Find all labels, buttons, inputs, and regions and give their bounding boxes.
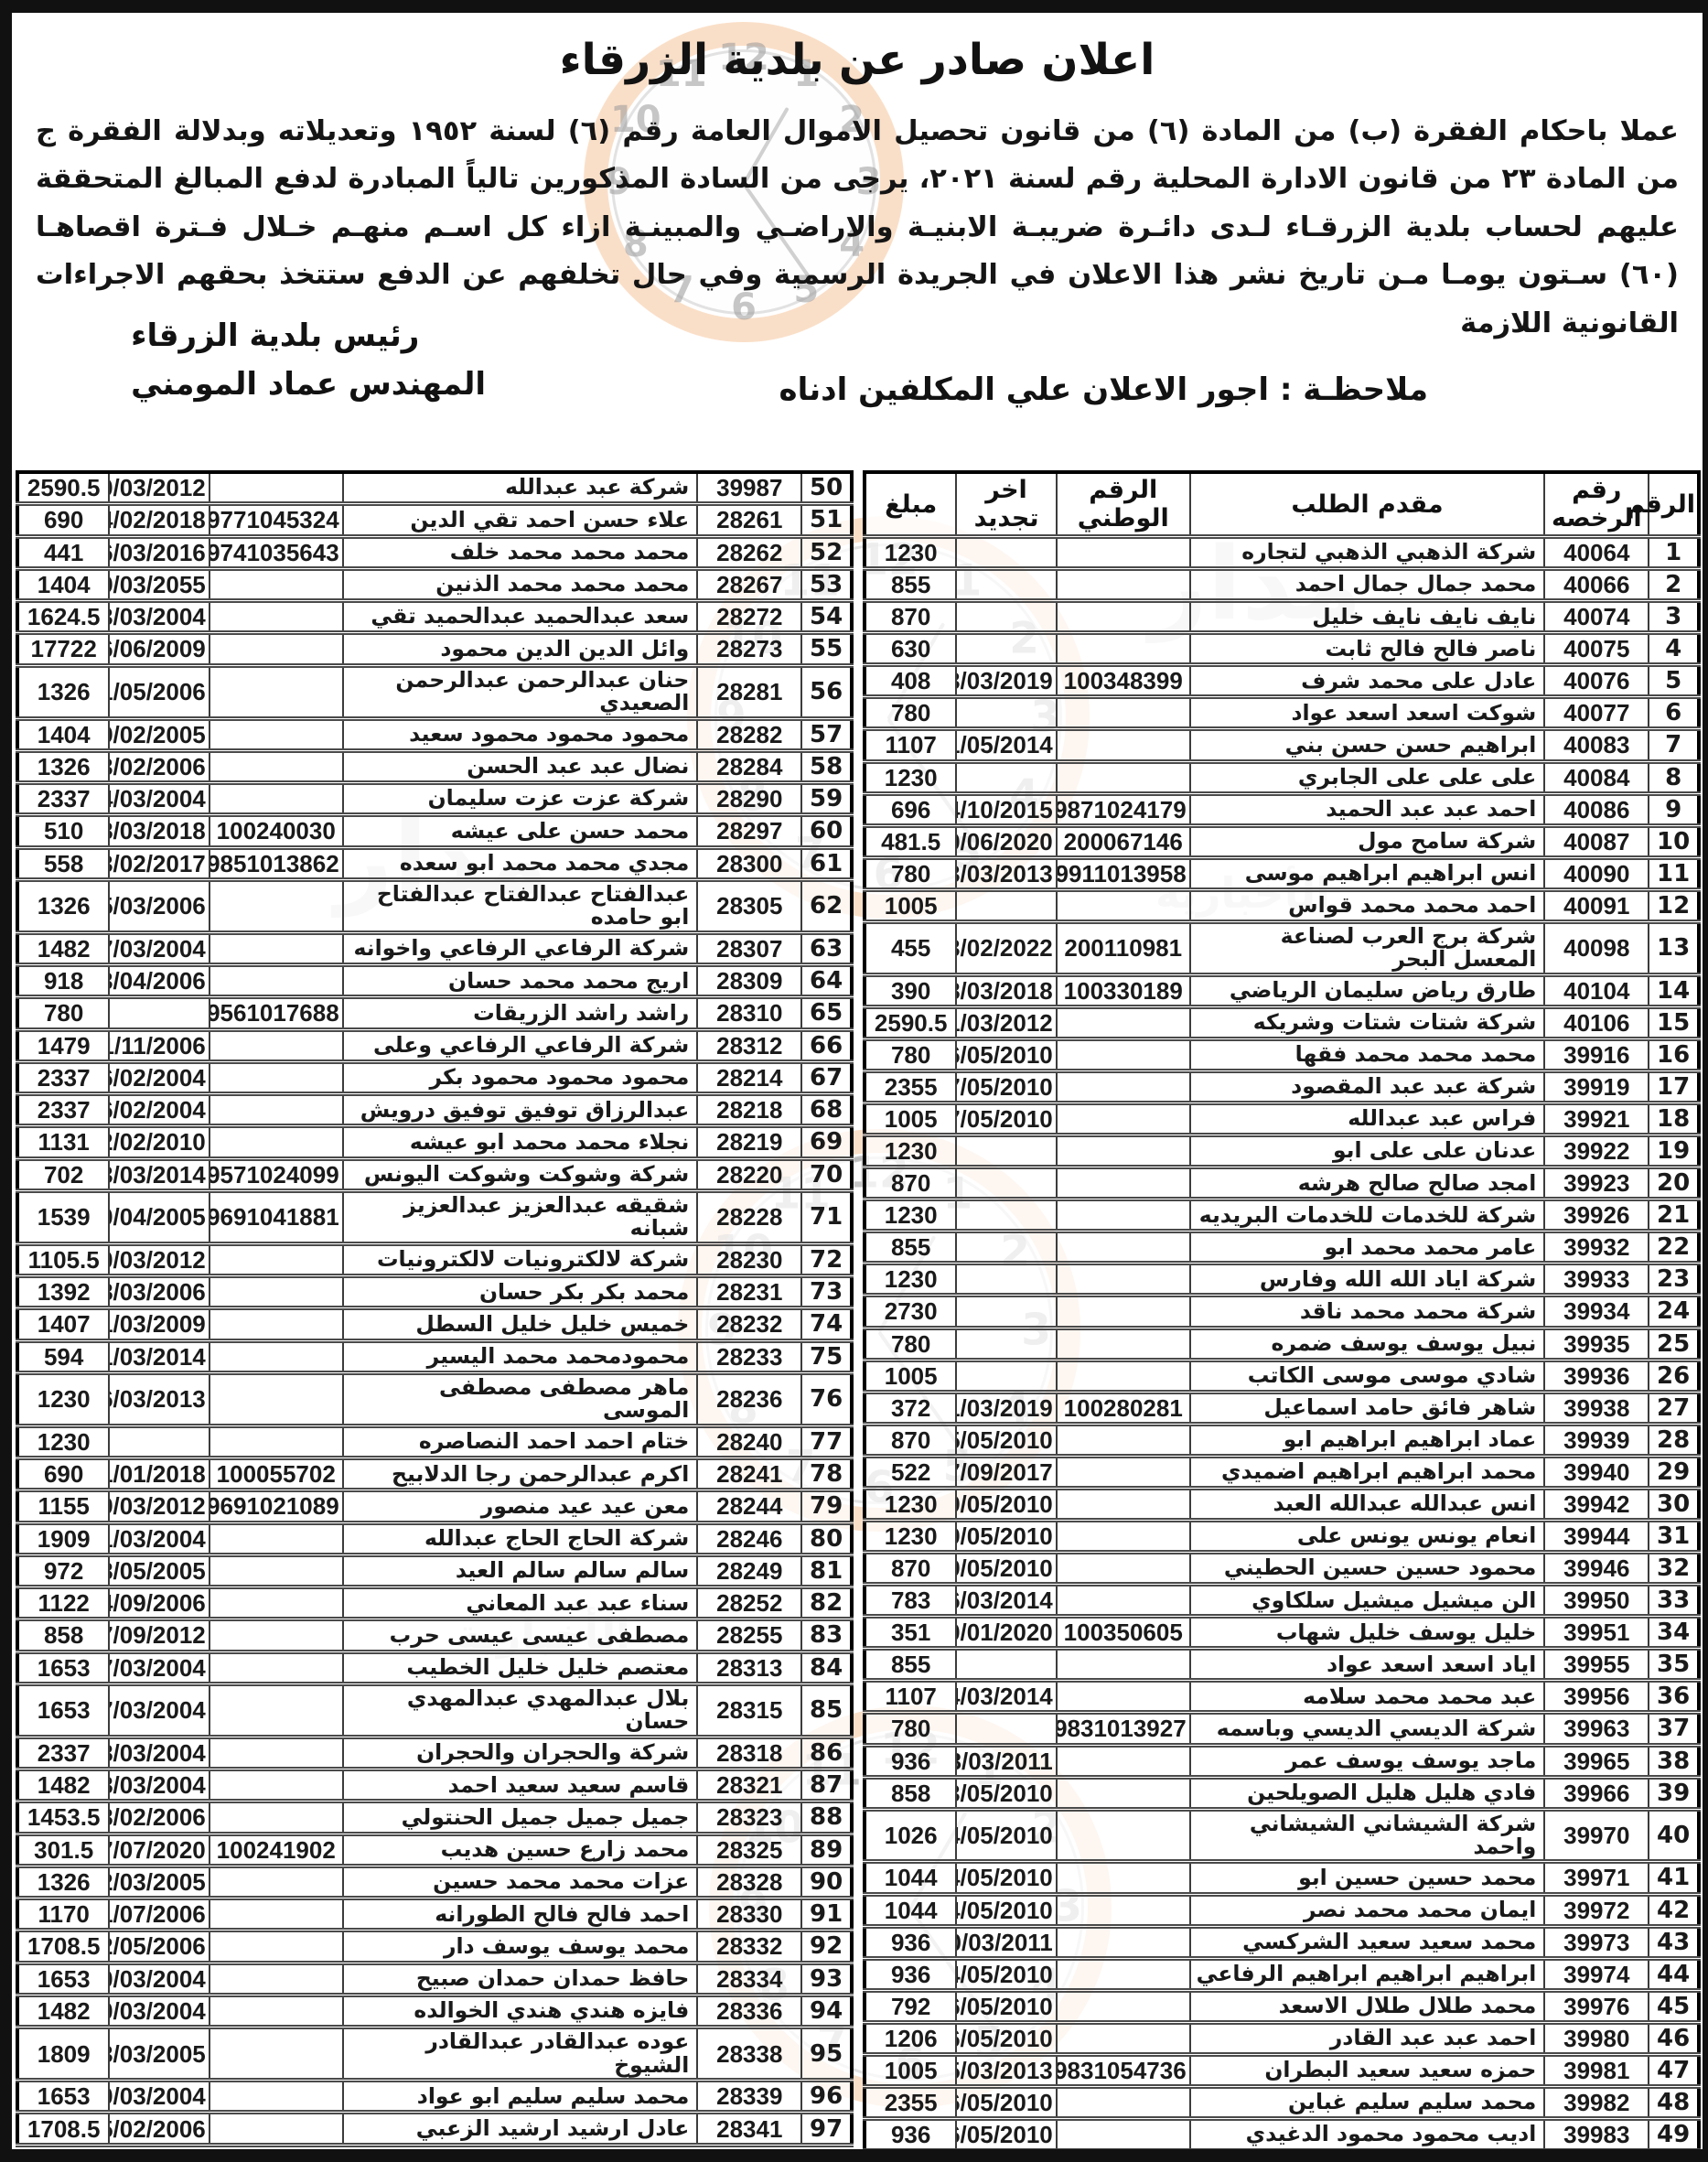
- cell-amount: 2730: [865, 1296, 956, 1328]
- cell-national-id: [1057, 1553, 1190, 1585]
- cell-license: 28315: [697, 1683, 801, 1737]
- mayor-signature: رئيس بلدية الزرقاء المهندس عماد المومني: [131, 312, 486, 408]
- cell-last-renewal: 07/07/2020: [109, 1834, 209, 1866]
- cell-last-renewal: 17/05/2010: [956, 1070, 1056, 1103]
- cell-national-id: 100348399: [1057, 665, 1190, 697]
- table-row: 7628236ماهر مصطفى مصطفى الموسى06/03/2013…: [17, 1372, 852, 1425]
- table-row: 1939922عدنان على على ابو1230: [865, 1135, 1699, 1167]
- cell-index: 52: [801, 536, 852, 568]
- cell-applicant: نضال عبد عبد الحسن: [343, 750, 698, 782]
- cell-applicant: خميس خليل خليل السطل: [343, 1308, 698, 1340]
- cell-last-renewal: [956, 601, 1056, 633]
- cell-index: 74: [801, 1308, 852, 1340]
- cell-amount: 372: [865, 1392, 956, 1424]
- cell-license: 39939: [1544, 1424, 1649, 1456]
- cell-amount: 690: [17, 504, 109, 536]
- cell-applicant: عادل ارشيد ارشيد الزعبي: [343, 2113, 698, 2146]
- cell-last-renewal: 30/03/2011: [956, 1926, 1056, 1958]
- cell-amount: 1230: [865, 1264, 956, 1296]
- cell-license: 39956: [1544, 1681, 1649, 1713]
- cell-national-id: [209, 1931, 343, 1963]
- cell-license: 39936: [1544, 1360, 1649, 1392]
- cell-license: 40106: [1544, 1006, 1649, 1038]
- cell-national-id: [209, 1243, 343, 1275]
- cell-amount: 1230: [865, 1199, 956, 1232]
- cell-national-id: [209, 568, 343, 600]
- cell-amount: 441: [17, 536, 109, 568]
- table-row: 8828323جميل جميل جميل الحنتولي18/02/2006…: [17, 1802, 852, 1834]
- table-row: 9528338عوده عبدالقادر عبدالقادر الشيوخ23…: [17, 2028, 852, 2081]
- cell-applicant: امجد صالح صالح هرشه: [1190, 1167, 1545, 1199]
- cell-national-id: [1057, 2022, 1190, 2054]
- table-row: 1839921فراس عبد عبدالله17/05/20101005: [865, 1103, 1699, 1135]
- cell-national-id: 9911013958: [1057, 857, 1190, 889]
- table-row: 2939940محمد ابراهيم ابراهيم اضميدي27/09/…: [865, 1456, 1699, 1488]
- cell-last-renewal: 08/03/2004: [109, 1769, 209, 1802]
- cell-national-id: [1057, 1649, 1190, 1681]
- cell-applicant: اياد اسعد اسعد عواد: [1190, 1649, 1545, 1681]
- cell-license: 28272: [697, 601, 801, 633]
- cell-amount: 1122: [17, 1587, 109, 1619]
- cell-applicant: حمزه سعيد سعيد البطران: [1190, 2054, 1545, 2086]
- cell-national-id: [209, 1737, 343, 1769]
- cell-national-id: [209, 1094, 343, 1126]
- cell-license: 39973: [1544, 1926, 1649, 1958]
- table-row: 6328307شركة الرفاعي الرفاعي واخوانه07/03…: [17, 932, 852, 964]
- cell-last-renewal: 26/05/2010: [956, 2087, 1056, 2119]
- cell-national-id: [209, 1619, 343, 1651]
- table-row: 6128300مجدي محمد محمد ابو سعده9851013862…: [17, 847, 852, 879]
- cell-index: 19: [1649, 1135, 1699, 1167]
- cell-license: 39980: [1544, 2022, 1649, 2054]
- cell-index: 14: [1649, 974, 1699, 1006]
- cell-last-renewal: 14/10/2015: [956, 793, 1056, 825]
- cell-index: 77: [801, 1425, 852, 1457]
- cell-applicant: محمد محمد محمد خلف: [343, 536, 698, 568]
- cell-national-id: [209, 1425, 343, 1457]
- cell-applicant: شركة الذهبي الذهبي لتجاره: [1190, 537, 1545, 569]
- cell-last-renewal: 14/02/2018: [109, 504, 209, 536]
- cell-amount: 1404: [17, 718, 109, 750]
- cell-index: 90: [801, 1866, 852, 1898]
- cell-last-renewal: [956, 1264, 1056, 1296]
- cell-last-renewal: 28/03/2006: [109, 1276, 209, 1308]
- cell-national-id: [1057, 569, 1190, 601]
- cell-index: 93: [801, 1963, 852, 1995]
- cell-index: 11: [1649, 857, 1699, 889]
- cell-index: 41: [1649, 1862, 1699, 1894]
- cell-license: 39940: [1544, 1456, 1649, 1488]
- cell-national-id: [209, 1963, 343, 1995]
- header-national-id: الرقم الوطني: [1057, 472, 1190, 537]
- cell-applicant: شادي موسى موسى الكاتب: [1190, 1360, 1545, 1392]
- cell-index: 44: [1649, 1958, 1699, 1990]
- cell-license: 28328: [697, 1866, 801, 1898]
- cell-index: 27: [1649, 1392, 1699, 1424]
- cell-national-id: [209, 1866, 343, 1898]
- cell-index: 48: [1649, 2087, 1699, 2119]
- cell-license: 28241: [697, 1458, 801, 1490]
- cell-applicant: محمد سعيد سعيد الشركسي: [1190, 1926, 1545, 1958]
- cell-amount: 1005: [865, 2054, 956, 2086]
- cell-last-renewal: 24/09/2006: [109, 1587, 209, 1619]
- cell-license: 40077: [1544, 697, 1649, 729]
- table-row: 5128261علاء حسن احمد تقي الدين9771045324…: [17, 504, 852, 536]
- cell-license: 40074: [1544, 601, 1649, 633]
- table-row: 7428232خميس خليل خليل السطل31/03/2009140…: [17, 1308, 852, 1340]
- table-row: 8228252سناء عبد عبد المعاني24/09/2006112…: [17, 1587, 852, 1619]
- cell-amount: 690: [17, 1458, 109, 1490]
- cell-national-id: [1057, 537, 1190, 569]
- table-row: 7128228شقيقه عبدالعزيز عبدالعزيز شبانه96…: [17, 1190, 852, 1243]
- table-row: 3639956عبد محمد محمد سلامه24/03/20141107: [865, 1681, 1699, 1713]
- cell-license: 28219: [697, 1126, 801, 1158]
- cell-index: 81: [801, 1554, 852, 1587]
- table-row: 2539935نبيل يوسف يوسف ضمره780: [865, 1328, 1699, 1360]
- cell-index: 23: [1649, 1264, 1699, 1296]
- cell-license: 39933: [1544, 1264, 1649, 1296]
- cell-license: 28240: [697, 1425, 801, 1457]
- cell-last-renewal: 10/04/2005: [109, 1190, 209, 1243]
- cell-amount: 1482: [17, 1995, 109, 2027]
- cell-national-id: [209, 965, 343, 997]
- cell-license: 39987: [697, 472, 801, 504]
- cell-applicant: محمد بكر بكر حسان: [343, 1276, 698, 1308]
- cell-national-id: 200067146: [1057, 825, 1190, 857]
- cell-applicant: شوكت اسعد اسعد عواد: [1190, 697, 1545, 729]
- cell-index: 42: [1649, 1894, 1699, 1926]
- cell-national-id: [209, 2113, 343, 2146]
- cell-license: 28261: [697, 504, 801, 536]
- cell-last-renewal: 15/05/2010: [956, 1424, 1056, 1456]
- cell-last-renewal: 21/01/2018: [109, 1458, 209, 1490]
- cell-amount: 936: [865, 1926, 956, 1958]
- cell-index: 17: [1649, 1070, 1699, 1103]
- cell-applicant: شركة شتات شتات وشريكه: [1190, 1006, 1545, 1038]
- cell-last-renewal: 19/05/2010: [956, 1553, 1056, 1585]
- cell-national-id: [1057, 1296, 1190, 1328]
- cell-amount: 1005: [865, 889, 956, 921]
- cell-index: 35: [1649, 1649, 1699, 1681]
- table-row: 4239972ايمان محمد محمد نصر24/05/20101044: [865, 1894, 1699, 1926]
- cell-applicant: جميل جميل جميل الحنتولي: [343, 1802, 698, 1834]
- cell-license: 39938: [1544, 1392, 1649, 1424]
- cell-national-id: [209, 1340, 343, 1372]
- table-row: 3939966فادي هليل هليل الصويلحين23/05/201…: [865, 1777, 1699, 1809]
- cell-license: 28284: [697, 750, 801, 782]
- table-row: 4039970شركة الشيشاني الشيشاني واحمد24/05…: [865, 1809, 1699, 1862]
- cell-amount: 858: [17, 1619, 109, 1651]
- cell-applicant: محمود محمود محمود بكر: [343, 1061, 698, 1093]
- cell-license: 28255: [697, 1619, 801, 1651]
- table-row: 3039942انس عبدالله عبدالله العبد19/05/20…: [865, 1488, 1699, 1520]
- cell-national-id: [209, 1372, 343, 1425]
- cell-amount: 455: [865, 921, 956, 974]
- cell-applicant: محمد زارع حسين هديب: [343, 1834, 698, 1866]
- cell-amount: 870: [865, 1167, 956, 1199]
- table-row: 6728214محمود محمود محمود بكر26/02/200423…: [17, 1061, 852, 1093]
- table-row: 2439934شركة محمد محمد ناقد2730: [865, 1296, 1699, 1328]
- cell-amount: 855: [865, 1232, 956, 1264]
- cell-last-renewal: 30/06/2020: [956, 825, 1056, 857]
- cell-applicant: احمد فالح فالح الطورانه: [343, 1898, 698, 1931]
- cell-national-id: [209, 1061, 343, 1093]
- cell-applicant: شركة اياد الله الله وفارس: [1190, 1264, 1545, 1296]
- cell-last-renewal: 01/03/2004: [109, 1522, 209, 1554]
- cell-applicant: محمود محمود محمود سعيد: [343, 718, 698, 750]
- cell-index: 94: [801, 1995, 852, 2027]
- cell-index: 50: [801, 472, 852, 504]
- cell-license: 39983: [1544, 2119, 1649, 2151]
- cell-license: 28252: [697, 1587, 801, 1619]
- cell-last-renewal: 23/03/2013: [956, 857, 1056, 889]
- table-row: 240066محمد جمال جمال احمد855: [865, 569, 1699, 601]
- cell-index: 92: [801, 1931, 852, 1963]
- cell-amount: 2337: [17, 1737, 109, 1769]
- table-row: 3239946محمود حسين حسين الحطيني19/05/2010…: [865, 1553, 1699, 1585]
- cell-index: 91: [801, 1898, 852, 1931]
- cell-national-id: [1057, 1745, 1190, 1777]
- cell-amount: 855: [865, 569, 956, 601]
- cell-last-renewal: [956, 633, 1056, 665]
- cell-national-id: [1057, 1958, 1190, 1990]
- cell-national-id: 100055702: [209, 1458, 343, 1490]
- cell-national-id: 9831013927: [1057, 1713, 1190, 1745]
- table-row: 7328231محمد بكر بكر حسان28/03/20061392: [17, 1276, 852, 1308]
- cell-amount: 1107: [865, 729, 956, 761]
- table-row: 9728341عادل ارشيد ارشيد الزعبي05/02/2006…: [17, 2113, 852, 2146]
- cell-index: 18: [1649, 1103, 1699, 1135]
- cell-license: 39974: [1544, 1958, 1649, 1990]
- cell-index: 73: [801, 1276, 852, 1308]
- cell-amount: 1170: [17, 1898, 109, 1931]
- cell-applicant: خليل يوسف خليل شهاب: [1190, 1617, 1545, 1649]
- cell-index: 26: [1649, 1360, 1699, 1392]
- cell-index: 68: [801, 1094, 852, 1126]
- table-right-wrap: الرقم رقم الرخصه مقدم الطلب الرقم الوطني…: [863, 470, 1701, 2147]
- cell-national-id: [1057, 1585, 1190, 1617]
- cell-applicant: محمد سليم سليم غباين: [1190, 2087, 1545, 2119]
- cell-license: 28262: [697, 536, 801, 568]
- cell-applicant: عماد ابراهيم ابراهيم ابو: [1190, 1424, 1545, 1456]
- cell-national-id: [209, 1554, 343, 1587]
- cell-last-renewal: 01/11/2006: [109, 1029, 209, 1061]
- cell-national-id: [1057, 1328, 1190, 1360]
- cell-amount: 558: [17, 847, 109, 879]
- cell-license: 28233: [697, 1340, 801, 1372]
- cell-amount: 1026: [865, 1809, 956, 1862]
- table-row: 2039923امجد صالح صالح هرشه870: [865, 1167, 1699, 1199]
- cell-index: 30: [1649, 1488, 1699, 1520]
- table-row: 8528315بلال عبدالمهدي عبدالمهدي حسان07/0…: [17, 1683, 852, 1737]
- cell-applicant: شركة والحجران والحجران: [343, 1737, 698, 1769]
- cell-amount: 1708.5: [17, 1931, 109, 1963]
- cell-license: 28338: [697, 2028, 801, 2081]
- table-row: 4939983اديب محمود محمود الدغيدي26/05/201…: [865, 2119, 1699, 2151]
- cell-national-id: [1057, 1070, 1190, 1103]
- cell-index: 66: [801, 1029, 852, 1061]
- cell-amount: 1539: [17, 1190, 109, 1243]
- cell-last-renewal: 10/03/2004: [109, 1963, 209, 1995]
- cell-amount: 780: [865, 1328, 956, 1360]
- cell-index: 33: [1649, 1585, 1699, 1617]
- cell-amount: 1326: [17, 665, 109, 718]
- cell-license: 39963: [1544, 1713, 1649, 1745]
- cell-last-renewal: 08/03/2004: [109, 1737, 209, 1769]
- table-row: 4639980احمد عبد عبد القادر26/05/20101206: [865, 2022, 1699, 2054]
- cell-applicant: شركة عزت عزت سليمان: [343, 783, 698, 815]
- cell-last-renewal: 24/05/2010: [956, 1894, 1056, 1926]
- cell-national-id: 9831054736: [1057, 2054, 1190, 2086]
- cell-last-renewal: 20/01/2020: [956, 1617, 1056, 1649]
- table-row: 1739919شركة عبد عبد المقصود17/05/2010235…: [865, 1070, 1699, 1103]
- cell-national-id: [1057, 1681, 1190, 1713]
- cell-license: 39923: [1544, 1167, 1649, 1199]
- cell-license: 28309: [697, 965, 801, 997]
- cell-last-renewal: 16/05/2010: [956, 1038, 1056, 1070]
- cell-applicant: شركة الحاج الحاج عبدالله: [343, 1522, 698, 1554]
- table-row: 9428336فايزه هندي هندي الخوالده10/03/200…: [17, 1995, 852, 2027]
- cell-amount: 1653: [17, 2081, 109, 2113]
- cell-amount: 2590.5: [865, 1006, 956, 1038]
- table-row: 6028297محمد حسن على عيشه10024003008/03/2…: [17, 815, 852, 847]
- cell-national-id: [209, 1683, 343, 1737]
- cell-national-id: 9561017688: [209, 997, 343, 1029]
- cell-national-id: [1057, 729, 1190, 761]
- cell-national-id: [1057, 1232, 1190, 1264]
- cell-amount: 1708.5: [17, 2113, 109, 2146]
- cell-last-renewal: 31/03/2009: [109, 1308, 209, 1340]
- cell-applicant: علاء حسن احمد تقي الدين: [343, 504, 698, 536]
- cell-index: 10: [1649, 825, 1699, 857]
- cell-license: 28325: [697, 1834, 801, 1866]
- cell-last-renewal: 03/04/2006: [109, 965, 209, 997]
- cell-index: 72: [801, 1243, 852, 1275]
- cell-amount: 522: [865, 1456, 956, 1488]
- cell-last-renewal: 03/02/2022: [956, 921, 1056, 974]
- cell-license: 40083: [1544, 729, 1649, 761]
- table-row: 5528273وائل الدين الدين محمود06/06/20091…: [17, 633, 852, 665]
- cell-license: 40091: [1544, 889, 1649, 921]
- cell-license: 28267: [697, 568, 801, 600]
- cell-last-renewal: 25/03/2006: [109, 879, 209, 932]
- table-row: 2239932عامر محمد محمد ابو855: [865, 1232, 1699, 1264]
- cell-license: 28341: [697, 2113, 801, 2146]
- cell-index: 20: [1649, 1167, 1699, 1199]
- cell-national-id: [1057, 1167, 1190, 1199]
- cell-applicant: سعد عبدالحميد عبدالحميد تقي: [343, 601, 698, 633]
- cell-amount: 1230: [865, 537, 956, 569]
- cell-last-renewal: [109, 1425, 209, 1457]
- cell-index: 82: [801, 1587, 852, 1619]
- cell-last-renewal: 26/02/2004: [109, 1061, 209, 1093]
- table-row: 5928290شركة عزت عزت سليمان04/03/20042337: [17, 783, 852, 815]
- table-left-wrap: 5039987شركة عبد عبدالله30/03/20122590.55…: [16, 470, 854, 2147]
- cell-amount: 1392: [17, 1276, 109, 1308]
- signature-title: رئيس بلدية الزرقاء: [131, 312, 486, 360]
- cell-index: 57: [801, 718, 852, 750]
- cell-amount: 301.5: [17, 1834, 109, 1866]
- cell-applicant: فايزه هندي هندي الخوالده: [343, 1995, 698, 2027]
- cell-amount: 1206: [865, 2022, 956, 2054]
- cell-amount: 780: [865, 1038, 956, 1070]
- cell-last-renewal: 17/05/2010: [956, 1103, 1056, 1135]
- cell-applicant: احمد عبد عبد الحميد: [1190, 793, 1545, 825]
- cell-license: 28214: [697, 1061, 801, 1093]
- cell-amount: 481.5: [865, 825, 956, 857]
- cell-last-renewal: 23/03/2014: [109, 1158, 209, 1190]
- cell-national-id: [1057, 1777, 1190, 1809]
- header-index: الرقم: [1649, 472, 1699, 537]
- cell-last-renewal: 07/03/2004: [109, 1683, 209, 1737]
- table-row: 840084على على على الجابري1230: [865, 761, 1699, 793]
- cell-national-id: [209, 665, 343, 718]
- cell-license: 39955: [1544, 1649, 1649, 1681]
- cell-license: 39951: [1544, 1617, 1649, 1649]
- cell-amount: 702: [17, 1158, 109, 1190]
- cell-index: 63: [801, 932, 852, 964]
- header-applicant: مقدم الطلب: [1190, 472, 1545, 537]
- cell-last-renewal: 05/03/2013: [956, 2054, 1056, 2086]
- cell-national-id: [1057, 1103, 1190, 1135]
- cell-national-id: [209, 1126, 343, 1158]
- cell-license: 39970: [1544, 1809, 1649, 1862]
- cell-last-renewal: 09/03/2055: [109, 568, 209, 600]
- cell-last-renewal: 26/05/2010: [956, 1990, 1056, 2022]
- cell-last-renewal: 07/03/2004: [109, 1651, 209, 1683]
- cell-national-id: [209, 1995, 343, 2027]
- table-row: 1340098شركة برج العرب لصناعة المعسل البح…: [865, 921, 1699, 974]
- table-row: 7828241اكرم عبدالرحمن رجا الدلابيح100055…: [17, 1458, 852, 1490]
- cell-national-id: [1057, 1926, 1190, 1958]
- cell-last-renewal: [956, 1328, 1056, 1360]
- table-row: 7228230شركة لالكترونيات لالكترونيات20/03…: [17, 1243, 852, 1275]
- cell-index: 47: [1649, 2054, 1699, 2086]
- cell-license: 28323: [697, 1802, 801, 1834]
- cell-index: 31: [1649, 1521, 1699, 1553]
- cell-national-id: [209, 1029, 343, 1061]
- cell-index: 39: [1649, 1777, 1699, 1809]
- cell-index: 6: [1649, 697, 1699, 729]
- table-row: 9028328عزات محمد محمد حسين22/03/20051326: [17, 1866, 852, 1898]
- cell-amount: 1482: [17, 932, 109, 964]
- cell-license: 39965: [1544, 1745, 1649, 1777]
- cell-amount: 1326: [17, 1866, 109, 1898]
- cell-last-renewal: 28/03/2018: [956, 974, 1056, 1006]
- cell-last-renewal: 23/03/2005: [109, 2028, 209, 2081]
- table-row: 8328255مصطفى عيسى عيسى حرب17/09/2012858: [17, 1619, 852, 1651]
- cell-last-renewal: [956, 1167, 1056, 1199]
- header-last-renewal: اخر تجديد: [956, 472, 1056, 537]
- cell-last-renewal: 23/05/2010: [956, 1777, 1056, 1809]
- cell-applicant: عبد محمد محمد سلامه: [1190, 1681, 1545, 1713]
- table-row: 8028246شركة الحاج الحاج عبدالله01/03/200…: [17, 1522, 852, 1554]
- cell-amount: 1005: [865, 1360, 956, 1392]
- cell-applicant: محمد حسن على عيشه: [343, 815, 698, 847]
- cell-applicant: بلال عبدالمهدي عبدالمهدي حسان: [343, 1683, 698, 1737]
- cell-amount: 870: [865, 1424, 956, 1456]
- cell-index: 79: [801, 1490, 852, 1522]
- table-row: 8128249سالم سالم سالم العيد18/05/2005972: [17, 1554, 852, 1587]
- cell-national-id: [1057, 1424, 1190, 1456]
- cell-amount: 2337: [17, 783, 109, 815]
- cell-amount: 936: [865, 2119, 956, 2151]
- cell-applicant: احمد محمد محمد قواس: [1190, 889, 1545, 921]
- cell-applicant: عزات محمد محمد حسين: [343, 1866, 698, 1898]
- table-row: 5328267محمد محمد محمد الذنين09/03/205514…: [17, 568, 852, 600]
- table-row: 7728240ختام احمد احمد النصاصره1230: [17, 1425, 852, 1457]
- cell-applicant: عامر محمد محمد ابو: [1190, 1232, 1545, 1264]
